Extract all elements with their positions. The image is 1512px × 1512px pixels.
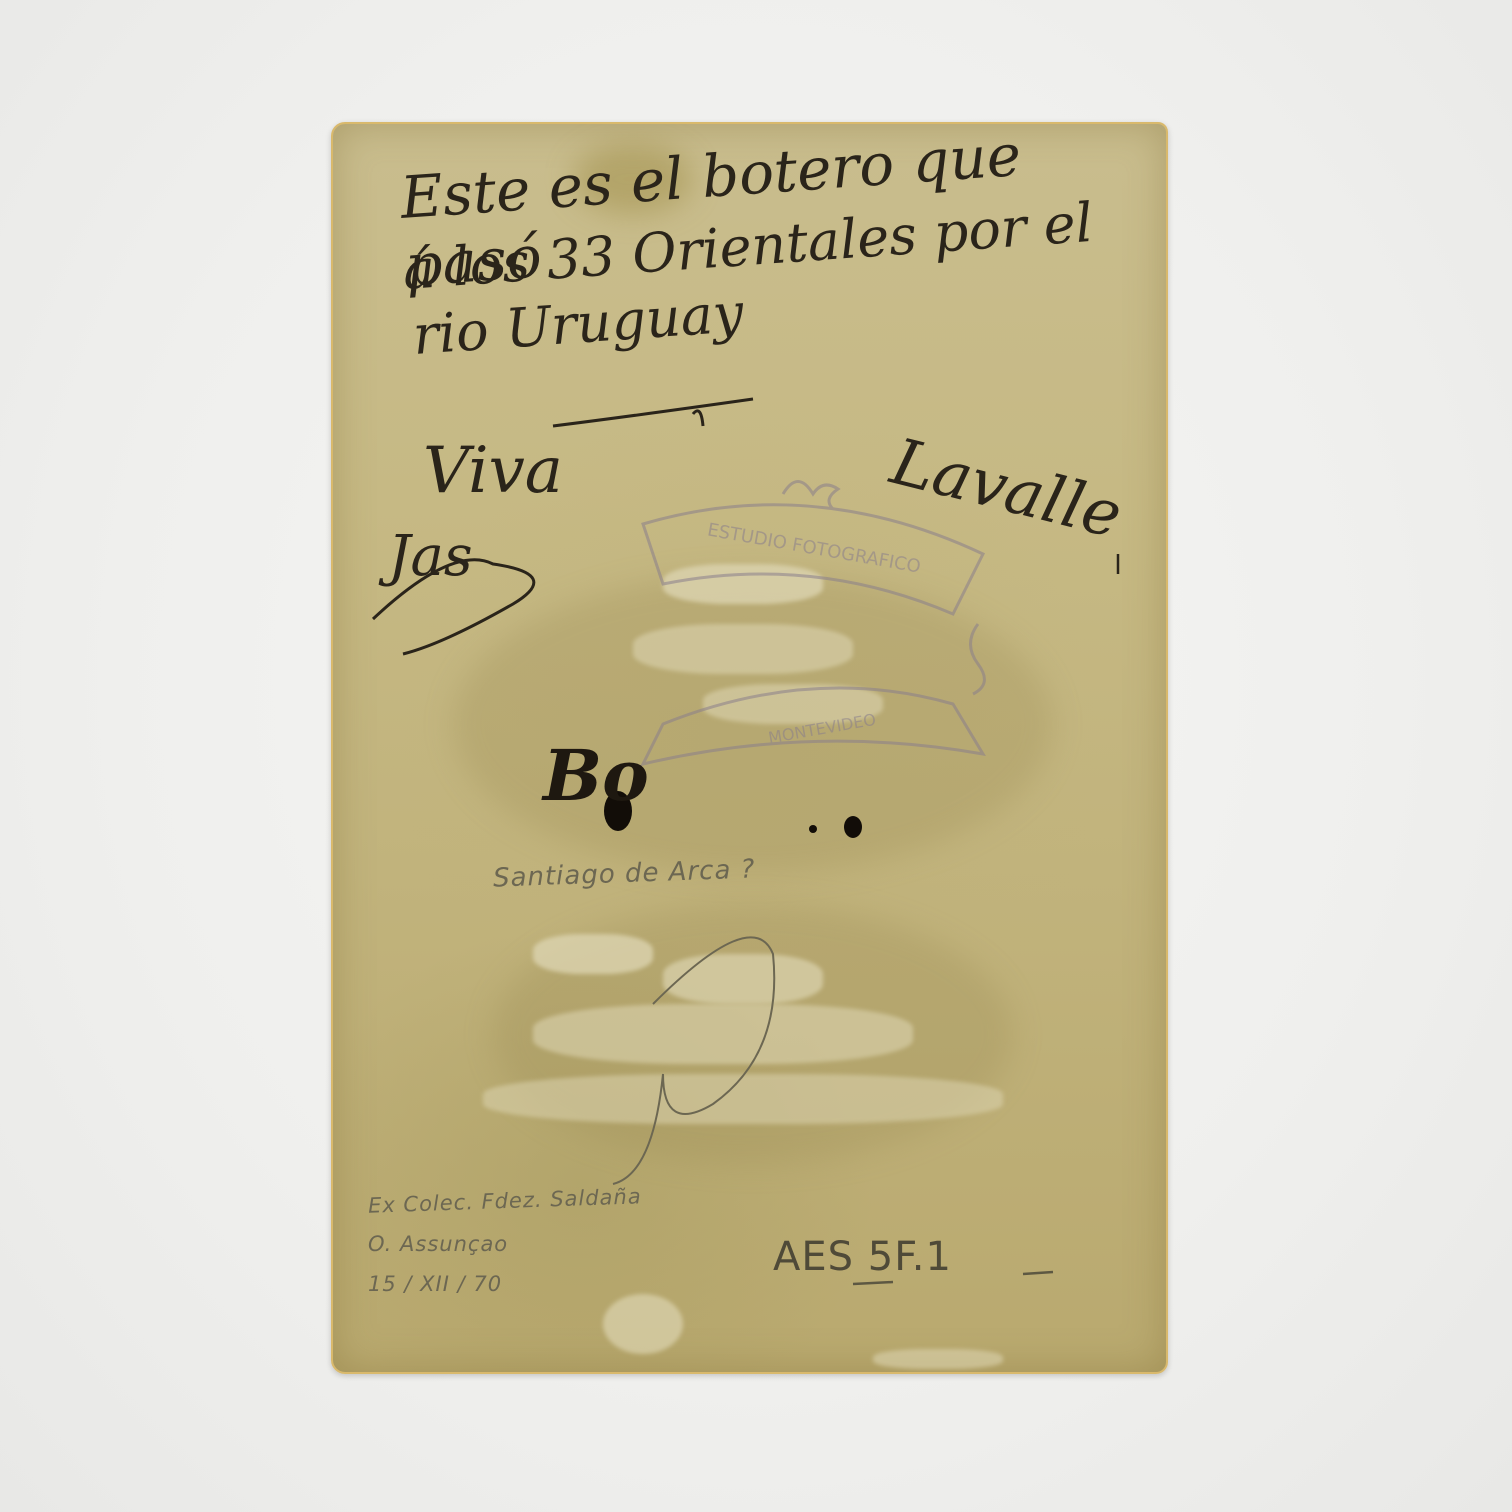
provenance-line-2: O. Assunçao: [368, 1232, 508, 1256]
photo-card-back: ESTUDIO FOTOGRAFICO MONTEVIDEO Este es e…: [331, 122, 1168, 1374]
ink-strokes: [333, 124, 1166, 1372]
monogram: Bo: [543, 734, 649, 817]
provenance-line-3: 15 / XII / 70: [368, 1272, 502, 1296]
salutation-viva: Viva: [423, 434, 563, 508]
signature: Jas: [388, 524, 473, 589]
catalog-number: AES 5F.1: [773, 1234, 952, 1280]
